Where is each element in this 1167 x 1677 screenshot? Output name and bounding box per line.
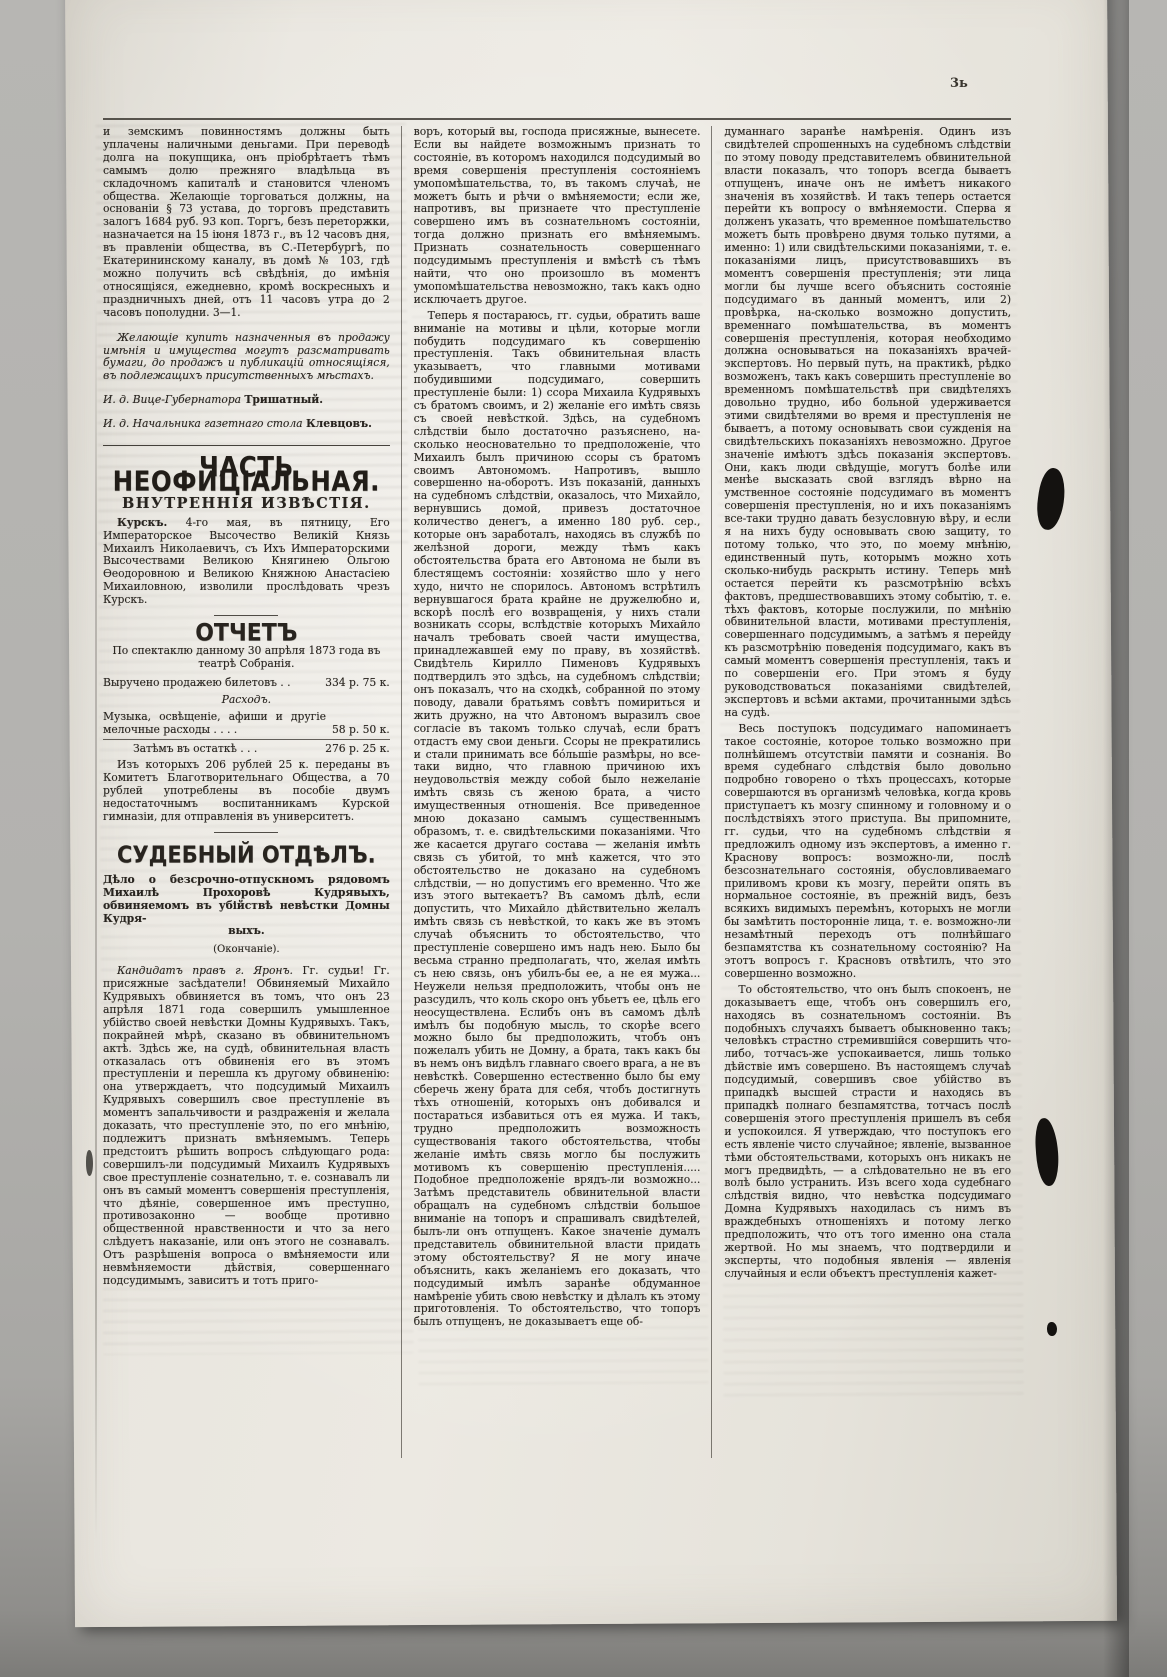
expenses-header: Расходъ. xyxy=(103,694,390,707)
kursk-news-text: 4-го мая, въ пятницу, Его Императорское … xyxy=(103,516,390,606)
auction-notice-paragraph: и земскимъ повинностямъ должны быть упла… xyxy=(103,126,390,320)
columns: и земскимъ повинностямъ должны быть упла… xyxy=(103,126,1011,1458)
signature-desk-chief: И. д. Начальника газетнаго стола Клевцов… xyxy=(103,418,390,431)
top-rule xyxy=(103,118,1011,120)
column-left: и земскимъ повинностямъ должны быть упла… xyxy=(103,126,390,1458)
speech-motives-paragraph: Теперь я постараюсь, гг. судьи, обратить… xyxy=(414,310,701,1330)
balance-amount: 276 р. 25 к. xyxy=(325,743,390,756)
scan-edge-shadow xyxy=(1103,0,1129,1677)
report-header: ОТЧЕТЪ xyxy=(103,627,390,641)
column-right: думаннаго заранѣе намѣренія. Одинъ изъ с… xyxy=(711,126,1011,1458)
court-speech-paragraph: Кандидатъ правъ г. Яронъ. Гг. судьи! Гг.… xyxy=(103,965,390,1288)
case-title-text: Дѣло о безсрочно-отпускномъ рядовомъ Мих… xyxy=(103,873,390,925)
income-amount: 334 р. 75 к. xyxy=(325,677,390,690)
court-case-title: Дѣло о безсрочно-отпускномъ рядовомъ Мих… xyxy=(103,874,390,939)
purchase-notice-italic: Желающіе купить назначенныя въ продажу и… xyxy=(103,332,390,384)
report-subtitle: По спектаклю данному 30 апрѣля 1873 года… xyxy=(103,645,390,671)
paper-fold-line xyxy=(95,300,97,1540)
page-number: 3ь xyxy=(950,76,968,91)
page-content: и земскимъ повинностямъ должны быть упла… xyxy=(103,118,1011,1458)
separator-rule xyxy=(214,615,278,616)
report-distribution-paragraph: Изъ которыхъ 206 рублей 25 к. переданы в… xyxy=(103,759,390,824)
court-section-header: СУДЕБНЫЙ ОТДѢЛЪ. xyxy=(103,848,390,862)
report-balance-line: Затѣмъ въ остаткѣ . . . 276 р. 25 к. xyxy=(103,739,390,756)
signature-title: И. д. Начальника газетнаго стола xyxy=(103,417,306,430)
unofficial-part-header: ЧАСТЬ НЕОФИЦІАЛЬНАЯ. xyxy=(103,460,390,489)
signature-vice-governor: И. д. Вице-Губернатора Тришатный. xyxy=(103,394,390,407)
balance-label: Затѣмъ въ остаткѣ . . . xyxy=(103,743,325,756)
column-middle: воръ, который вы, господа присяжные, вын… xyxy=(401,126,701,1458)
speech-conclusion-paragraph: То обстоятельство, что онъ былъ спокоенъ… xyxy=(724,984,1011,1281)
report-expense-line: Музыка, освѣщеніе, афиши и другіе мелочн… xyxy=(103,711,390,737)
signature-title: И. д. Вице-Губернатора xyxy=(103,393,244,406)
signature-name: Тришатный. xyxy=(244,393,323,406)
scanned-newspaper-screenshot: { "page": { "page_number": "3ь" }, "left… xyxy=(0,0,1167,1677)
speech-memory-paragraph: Весь поступокъ подсудимаго напоминаетъ т… xyxy=(724,723,1011,981)
speech-continuation-paragraph: воръ, который вы, господа присяжные, вын… xyxy=(414,126,701,307)
domestic-news-header: ВНУТРЕННІЯ ИЗВѢСТІЯ. xyxy=(103,498,390,511)
ink-blot xyxy=(86,1150,93,1176)
kursk-dateline: Курскъ. xyxy=(117,516,167,529)
separator-rule xyxy=(214,832,278,833)
income-label: Выручено продажею билетовъ . . xyxy=(103,677,325,690)
section-rule xyxy=(103,445,390,446)
speech-text: Гг. судьи! Гг. присяжные засѣдатели! Обв… xyxy=(103,964,390,1287)
scan-background: 3ь и земскимъ повинностямъ должны быть у… xyxy=(0,0,1167,1677)
speech-sanity-paragraph: думаннаго заранѣе намѣренія. Одинъ изъ с… xyxy=(724,126,1011,720)
ink-blot xyxy=(1047,1322,1057,1336)
continuation-note: (Окончаніе). xyxy=(103,944,390,957)
speaker-lead-in: Кандидатъ правъ г. Яронъ. xyxy=(117,964,293,977)
expense-label: Музыка, освѣщеніе, афиши и другіе мелочн… xyxy=(103,711,332,737)
expense-amount: 58 р. 50 к. xyxy=(332,724,390,737)
kursk-news-paragraph: Курскъ. 4-го мая, въ пятницу, Его Импера… xyxy=(103,517,390,607)
signature-name: Клевцовъ. xyxy=(306,417,372,430)
report-income-line: Выручено продажею билетовъ . . 334 р. 75… xyxy=(103,677,390,690)
case-title-last-line: выхъ. xyxy=(103,925,390,938)
